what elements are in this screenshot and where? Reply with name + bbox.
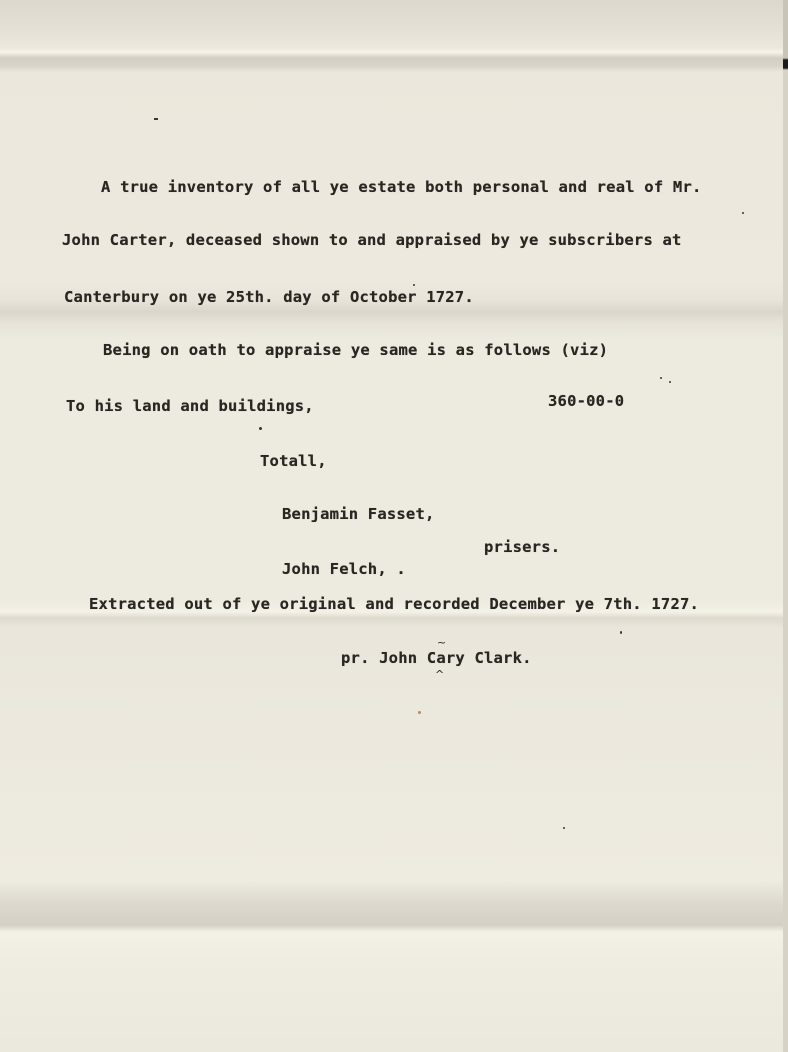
appraiser-1: Benjamin Fasset, <box>282 505 435 523</box>
ink-speck <box>620 631 622 634</box>
ink-speck <box>742 212 744 214</box>
appraisers-role: prisers. <box>484 538 560 556</box>
land-buildings-amount: 360-00-0 <box>548 392 624 410</box>
land-buildings-label: To his land and buildings, <box>66 397 314 415</box>
document-page: A true inventory of all ye estate both p… <box>0 0 783 1052</box>
extracted-note: Extracted out of ye original and recorde… <box>89 595 699 613</box>
tilde-mark: ~ <box>437 636 446 649</box>
clerk-signature: pr. John Cary Clark. <box>341 649 532 667</box>
total-label: Totall, <box>260 452 327 470</box>
ink-speck <box>259 427 262 430</box>
inventory-line-2: John Carter, deceased shown to and appra… <box>62 231 682 249</box>
ink-speck <box>669 381 671 383</box>
inventory-line-3: Canterbury on ye 25th. day of October 17… <box>64 288 474 306</box>
ink-speck <box>660 377 662 379</box>
insertion-caret-mark: ^ <box>435 668 444 681</box>
inventory-line-1: A true inventory of all ye estate both p… <box>101 178 702 196</box>
ink-speck <box>154 118 158 120</box>
appraiser-2: John Felch, . <box>282 560 406 578</box>
oath-line: Being on oath to appraise ye same is as … <box>103 341 608 359</box>
ink-speck <box>413 284 415 286</box>
paper-edge <box>783 0 788 1052</box>
ink-speck <box>418 711 421 714</box>
ink-speck <box>563 827 565 829</box>
